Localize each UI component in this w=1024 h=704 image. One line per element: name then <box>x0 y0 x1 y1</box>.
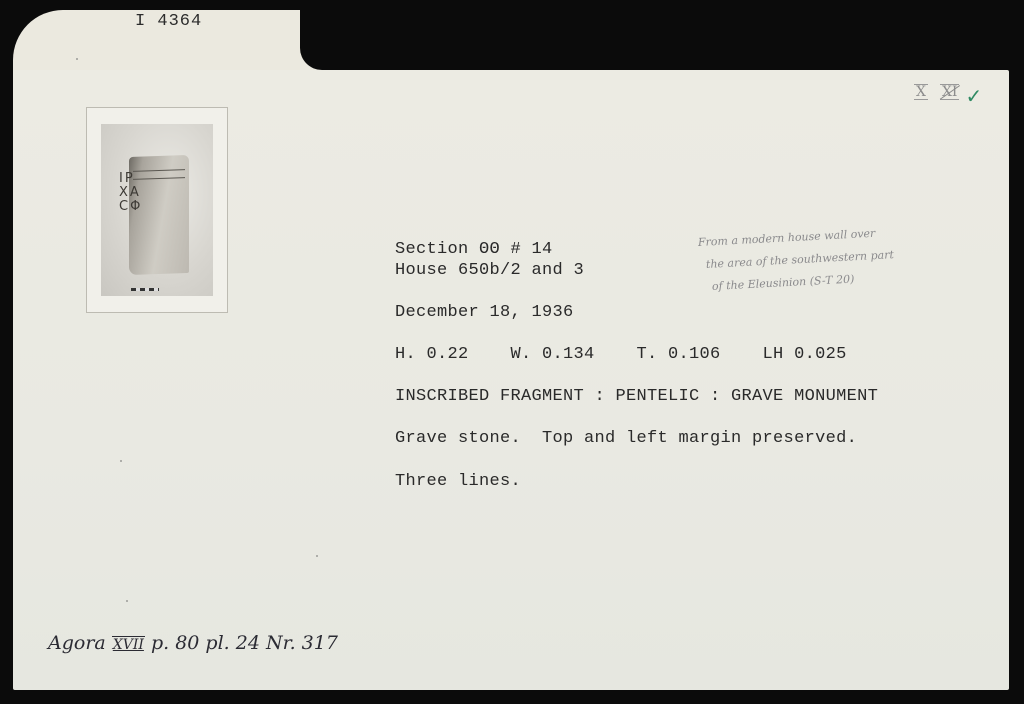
artifact-photo: ΙΡ ΧΑ ϹΦ <box>101 124 213 296</box>
dimensions-line: H. 0.22 W. 0.134 T. 0.106 LH 0.025 <box>395 345 847 364</box>
paper-speck <box>76 58 78 60</box>
publication-prefix: Agora <box>48 632 106 654</box>
paper-speck <box>316 555 318 557</box>
photo-mount: ΙΡ ΧΑ ϹΦ <box>86 107 228 313</box>
catalog-number: I 4364 <box>135 12 202 31</box>
lines-count-line: Three lines. <box>395 472 521 491</box>
scale-bar-icon <box>131 288 159 291</box>
mark-roman-1: X <box>914 84 928 100</box>
tab-notch <box>300 10 340 70</box>
checkmark-icon: ✓ <box>965 84 982 108</box>
classification-line: INSCRIBED FRAGMENT : PENTELIC : GRAVE MO… <box>395 387 878 406</box>
publication-reference: Agora XVII p. 80 pl. 24 Nr. 317 <box>48 632 338 654</box>
publication-volume: XVII <box>112 636 145 653</box>
paper-speck <box>126 600 128 602</box>
house-line: House 650b/2 and 3 <box>395 261 584 280</box>
date-line: December 18, 1936 <box>395 303 574 322</box>
mark-roman-2: XI <box>940 84 960 100</box>
paper-speck <box>120 460 122 462</box>
section-line: Section ΘΘ # 14 <box>395 240 553 259</box>
inscription-glyphs: ΙΡ ΧΑ ϹΦ <box>119 172 142 214</box>
description-line: Grave stone. Top and left margin preserv… <box>395 429 857 448</box>
publication-pages: p. 80 pl. 24 Nr. 317 <box>151 632 338 654</box>
corner-marks: X XI ✓ <box>914 76 982 108</box>
